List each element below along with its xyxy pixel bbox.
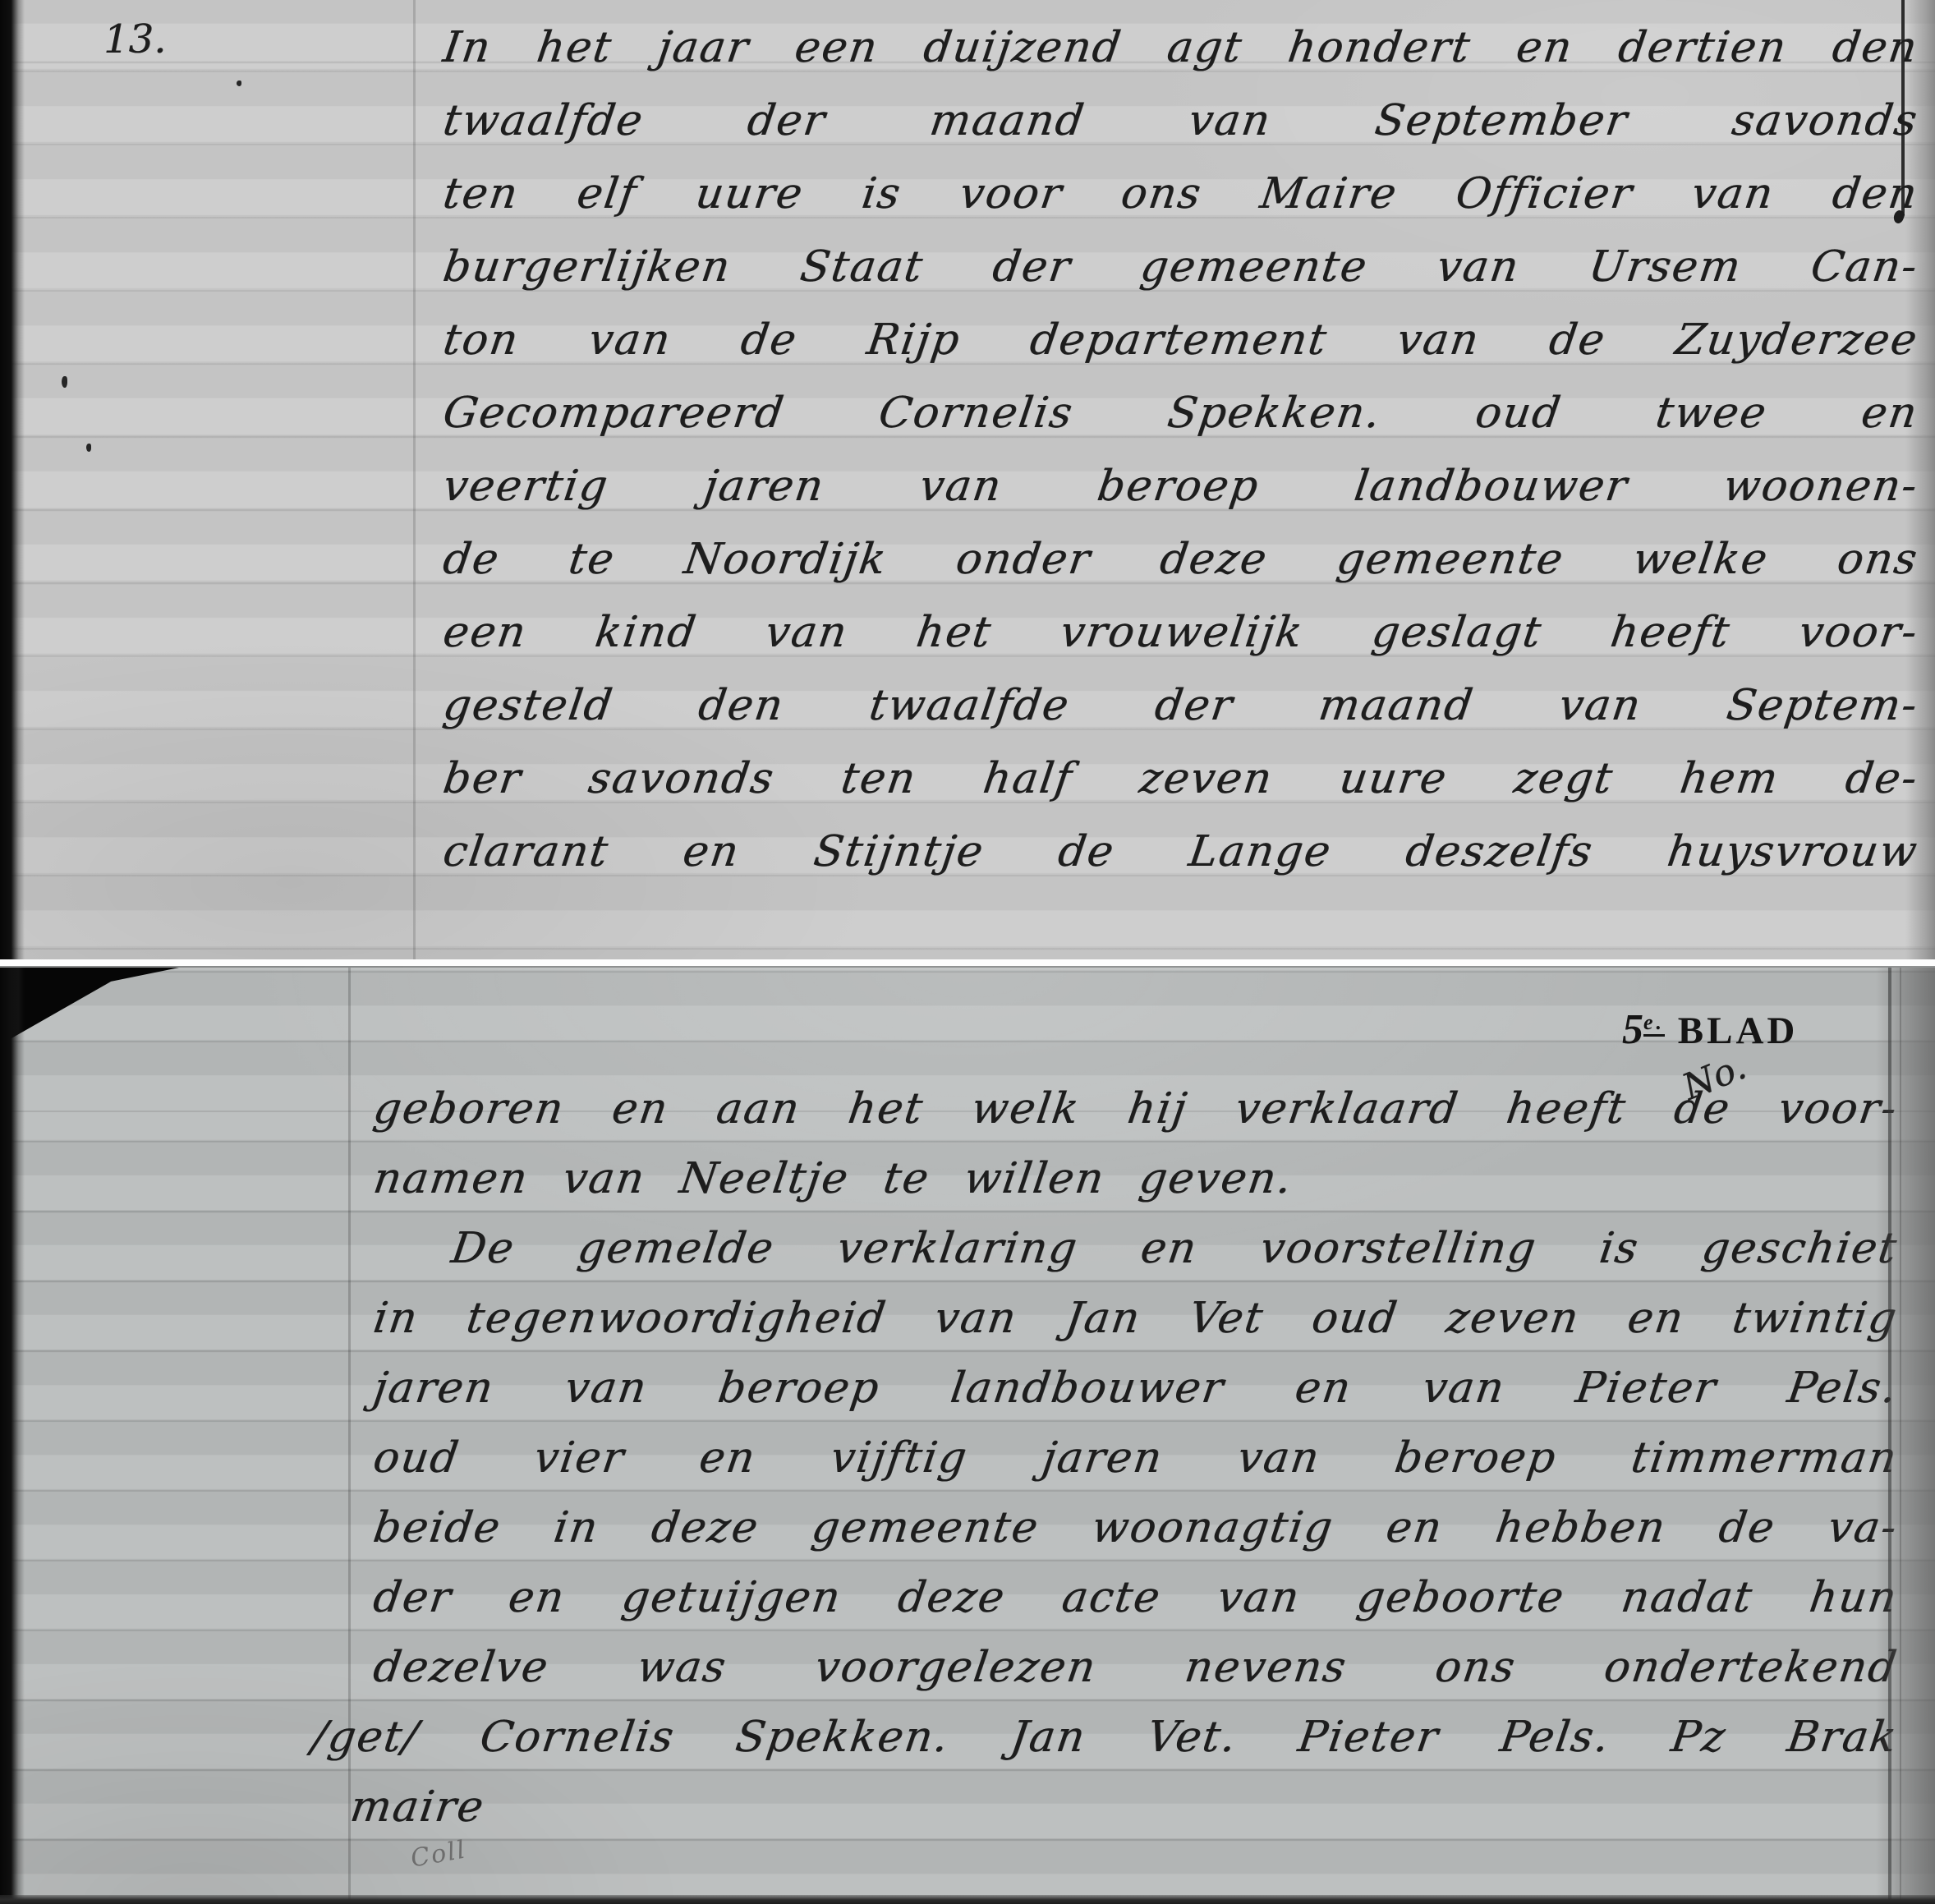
handwriting-line: In het jaar een duijzend agt hondert en … [439, 11, 1924, 85]
handwritten-text-block: geboren en aan het welk hij verklaard he… [374, 1074, 1897, 1842]
page-header-blad: 5e. BLAD [1622, 1005, 1798, 1054]
handwriting-line: de te Noordijk onder deze gemeente welke… [439, 523, 1924, 596]
handwriting-line: burgerlijken Staat der gemeente van Urse… [439, 231, 1924, 304]
margin-rule-line [413, 0, 416, 959]
handwriting-line: een kind van het vrouwelijk geslagt heef… [439, 596, 1924, 669]
book-spine-edge [0, 968, 25, 1904]
page-corner-shadow [0, 968, 179, 1045]
book-spine-edge [0, 0, 25, 959]
handwriting-line: dezelve was voorgelezen nevens ons onder… [369, 1633, 1902, 1703]
blad-label: BLAD [1678, 1009, 1799, 1052]
handwriting-line: ber savonds ten half zeven uure zegt hem… [439, 743, 1924, 816]
handwriting-line: twaalfde der maand van September savonds [439, 85, 1924, 158]
page-bottom-edge [0, 1895, 1935, 1904]
signatures-line: /get/ Cornelis Spekken. Jan Vet. Pieter … [307, 1703, 1902, 1773]
handwriting-line: ton van de Rijp departement van de Zuyde… [439, 304, 1924, 377]
handwriting-line: Gecompareerd Cornelis Spekken. oud twee … [439, 377, 1924, 450]
blad-number: 5 [1622, 1006, 1643, 1053]
handwriting-line: in tegenwoordigheid van Jan Vet oud zeve… [369, 1284, 1902, 1354]
handwriting-line: veertig jaren van beroep landbouwer woon… [439, 450, 1924, 523]
handwriting-line: clarant en Stijntje de Lange deszelfs hu… [439, 816, 1924, 889]
handwriting-line: De gemelde verklaring en voorstelling is… [369, 1214, 1902, 1284]
ink-speck [86, 444, 91, 452]
binding-shadow [1876, 968, 1935, 1904]
maire-signature-line: maire [346, 1773, 1902, 1842]
scanned-register-spread: 13. In het jaar een duijzend agt hondert… [0, 0, 1935, 1904]
handwritten-text-block: In het jaar een duijzend agt hondert en … [444, 11, 1918, 889]
entry-number: 13. [103, 16, 166, 62]
handwriting-line: oud vier en vijftig jaren van beroep tim… [369, 1423, 1902, 1493]
scan-page-1: 13. In het jaar een duijzend agt hondert… [0, 0, 1935, 959]
ink-speck [237, 80, 241, 86]
scan-gap [0, 959, 1935, 966]
ink-speck [62, 376, 67, 388]
handwriting-line: ten elf uure is voor ons Maire Officier … [439, 158, 1924, 231]
blad-number-suffix: e. [1643, 1010, 1665, 1037]
handwriting-line: beide in deze gemeente woonagtig en hebb… [369, 1493, 1902, 1563]
handwriting-line: gesteld den twaalfde der maand van Septe… [439, 669, 1924, 743]
handwriting-line: jaren van beroep landbouwer en van Piete… [369, 1354, 1902, 1423]
handwriting-line: der en getuijgen deze acte van geboorte … [369, 1563, 1902, 1633]
scan-page-2: 5e. BLAD No. geboren en aan het welk hij… [0, 966, 1935, 1904]
handwriting-line: geboren en aan het welk hij verklaard he… [369, 1074, 1902, 1144]
handwriting-line: namen van Neeltje te willen geven. [369, 1144, 1902, 1214]
